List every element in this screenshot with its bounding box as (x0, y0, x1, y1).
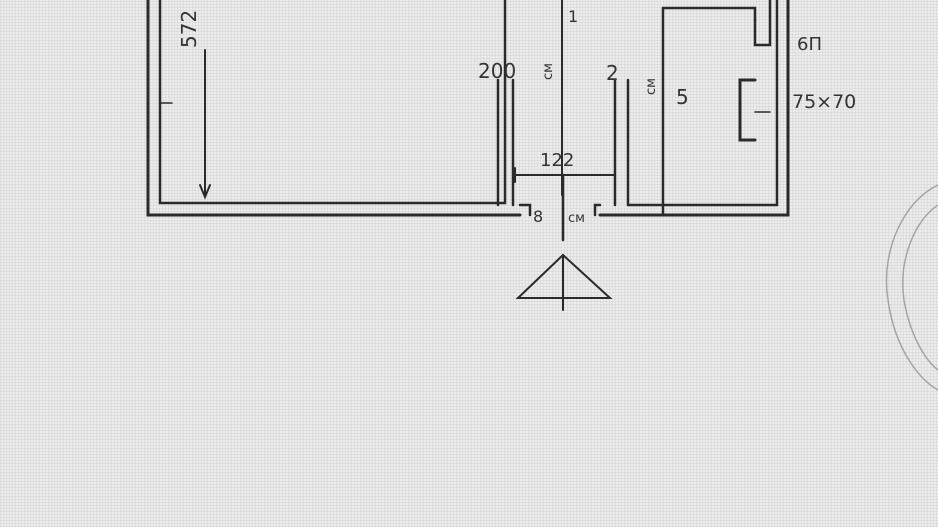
room-number: 5 (676, 85, 689, 109)
door-height-unit: см (541, 63, 556, 80)
entrance-side-label: 8 (533, 207, 543, 226)
corridor-mark: 1 (568, 7, 578, 26)
round-stamp-icon (886, 185, 938, 390)
left-room-height-label: 572 (177, 10, 201, 48)
floor-plan: 572 200 см 1 2 см 5 75×70 6П 122 8 см (0, 0, 938, 527)
door-height-label: 200 (478, 59, 516, 83)
entrance-unit: см (568, 211, 585, 226)
right-door-jamb (615, 80, 628, 205)
window-size-label: 75×70 (792, 91, 856, 113)
inner-wall-left (160, 0, 505, 203)
right-door-height-label: 2 (606, 61, 619, 85)
window-mark (755, 0, 770, 45)
entrance-width-label: 122 (540, 150, 574, 171)
outer-wall-left (148, 0, 520, 215)
right-door-unit: см (644, 78, 659, 95)
radiator-mark (740, 80, 755, 140)
top-right-label: 6П (797, 34, 822, 55)
